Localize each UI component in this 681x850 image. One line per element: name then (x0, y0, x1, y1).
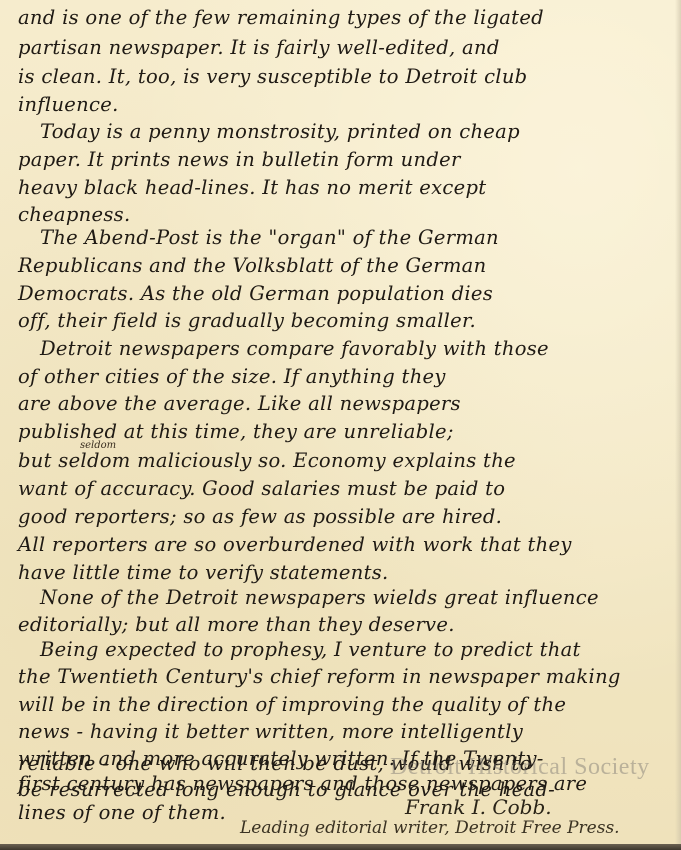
watermark: Detroit Historical Society (390, 754, 650, 781)
letter-line: good reporters; so as few as possible ar… (18, 505, 502, 528)
letter-line: The Abend-Post is the "organ" of the Ger… (40, 226, 499, 249)
letter-line: of other cities of the size. If anything… (18, 365, 446, 388)
letter-line: editorially; but all more than they dese… (18, 613, 455, 636)
letter-line: paper. It prints news in bulletin form u… (18, 148, 461, 171)
letter-line: heavy black head-lines. It has no merit … (18, 176, 486, 199)
letter-line: Democrats. As the old German population … (18, 282, 493, 305)
letter-line: is clean. It, too, is very susceptible t… (18, 65, 527, 88)
letter-page: and is one of the few remaining types of… (0, 0, 681, 844)
letter-line: will be in the direction of improving th… (18, 693, 566, 716)
signature-name: Frank I. Cobb. (405, 795, 552, 819)
letter-line: off, their field is gradually becoming s… (18, 309, 476, 332)
letter-line: cheapness. (18, 203, 130, 226)
letter-line: are above the average. Like all newspape… (18, 392, 461, 415)
letter-line: the Twentieth Century's chief reform in … (18, 665, 621, 688)
page-bottom-edge (0, 844, 681, 850)
letter-line: influence. (18, 93, 119, 116)
signature-title: Leading editorial writer, Detroit Free P… (240, 818, 620, 838)
letter-line: Republicans and the Volksblatt of the Ge… (18, 254, 486, 277)
page-edge-shadow (675, 0, 681, 844)
letter-line: have little time to verify statements. (18, 561, 389, 584)
letter-line: partisan newspaper. It is fairly well-ed… (18, 36, 500, 59)
letter-line: and is one of the few remaining types of… (18, 6, 544, 29)
letter-line: but seldom maliciously so. Economy expla… (18, 449, 516, 472)
letter-line: news - having it better written, more in… (18, 720, 523, 743)
letter-line: All reporters are so overburdened with w… (18, 533, 572, 556)
letter-line: Being expected to prophesy, I venture to… (40, 638, 581, 661)
letter-line: want of accuracy. Good salaries must be … (18, 477, 505, 500)
letter-line: lines of one of them. (18, 801, 226, 824)
letter-line: Detroit newspapers compare favorably wit… (40, 337, 549, 360)
letter-line: None of the Detroit newspapers wields gr… (40, 586, 599, 609)
letter-line: Today is a penny monstrosity, printed on… (40, 120, 520, 143)
